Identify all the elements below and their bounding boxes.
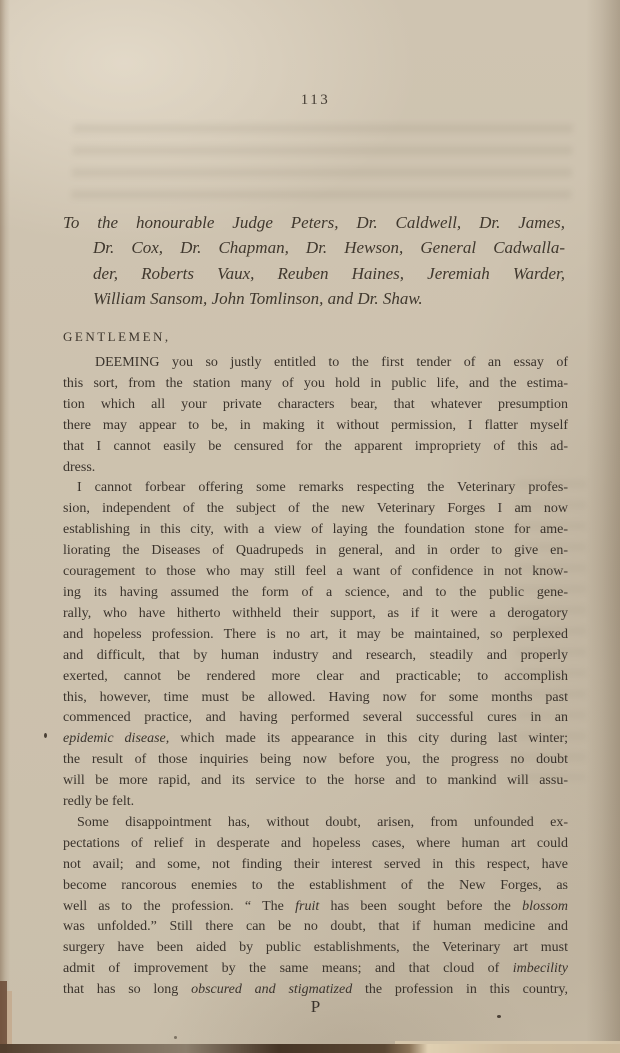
text-line: this sort, from the station many of you …	[63, 374, 568, 395]
text-line: there may appear to be, in making it wit…	[63, 416, 568, 437]
text-line: liorating the Diseases of Quadrupeds in …	[63, 541, 568, 562]
text-line: I cannot forbear offering some remarks r…	[63, 478, 568, 499]
dedication: To the honourable Judge Peters, Dr. Cald…	[63, 210, 565, 311]
dedication-line: To the honourable Judge Peters, Dr. Cald…	[63, 210, 565, 235]
text-line: rally, who have hitherto withheld their …	[63, 604, 568, 625]
text-line: tion which all your private characters b…	[63, 395, 568, 416]
text-line: establishing in this city, with a view o…	[63, 520, 568, 541]
signature-mark: P	[63, 997, 568, 1017]
text-line: pectations of relief in desperate and ho…	[63, 834, 568, 855]
text-line: and hopeless profession. There is no art…	[63, 625, 568, 646]
text-line: admit of improvement by the same means; …	[63, 959, 568, 980]
dedication-line: Dr. Cox, Dr. Chapman, Dr. Hewson, Genera…	[63, 235, 565, 260]
text-line: the result of those inquiries being now …	[63, 750, 568, 771]
text-line: commenced practice, and having performed…	[63, 708, 568, 729]
salutation: GENTLEMEN,	[63, 329, 171, 345]
text-line: will be more rapid, and its service to t…	[63, 771, 568, 792]
text-line: that I cannot easily be censured for the…	[63, 437, 568, 458]
page-edge-shadow-left	[0, 0, 10, 1053]
text-line: and difficult, that by human industry an…	[63, 646, 568, 667]
text-line: not avail; and some, not finding their i…	[63, 855, 568, 876]
text-line: DEEMING you so justly entitled to the fi…	[63, 353, 568, 374]
scanned-book-page: 113 To the honourable Judge Peters, Dr. …	[0, 0, 620, 1053]
dedication-line: der, Roberts Vaux, Reuben Haines, Jeremi…	[63, 261, 565, 286]
foxing-speck	[174, 1036, 177, 1039]
text-line: well as to the profession. “ The fruit h…	[63, 897, 568, 918]
dedication-line: William Sansom, John Tomlinson, and Dr. …	[63, 286, 565, 311]
bleedthrough-ghost-text	[71, 124, 573, 210]
text-line: this, however, time must be allowed. Hav…	[63, 688, 568, 709]
foxing-speck	[44, 733, 47, 738]
body-text: DEEMING you so justly entitled to the fi…	[63, 353, 568, 1001]
text-line: Some disappointment has, without doubt, …	[63, 813, 568, 834]
text-line: ing its having assumed the form of a sci…	[63, 583, 568, 604]
text-line: redly be felt.	[63, 792, 568, 813]
text-line: epidemic disease, which made its appeara…	[63, 729, 568, 750]
page-number: 113	[63, 92, 568, 109]
page-edge-shadow-right	[586, 0, 620, 1053]
binding-edge-dark	[0, 981, 7, 1053]
text-line: exerted, cannot be rendered more clear a…	[63, 667, 568, 688]
text-line: become rancorous enemies to the establis…	[63, 876, 568, 897]
text-line: dress.	[63, 458, 568, 479]
text-line: surgery have been aided by public establ…	[63, 938, 568, 959]
page-bottom-edge	[0, 1044, 620, 1053]
text-line: was unfolded.” Still there can be no dou…	[63, 917, 568, 938]
text-line: couragement to those who may still feel …	[63, 562, 568, 583]
text-line: sion, independent of the subject of the …	[63, 499, 568, 520]
next-page-edge-highlight	[395, 1041, 620, 1044]
